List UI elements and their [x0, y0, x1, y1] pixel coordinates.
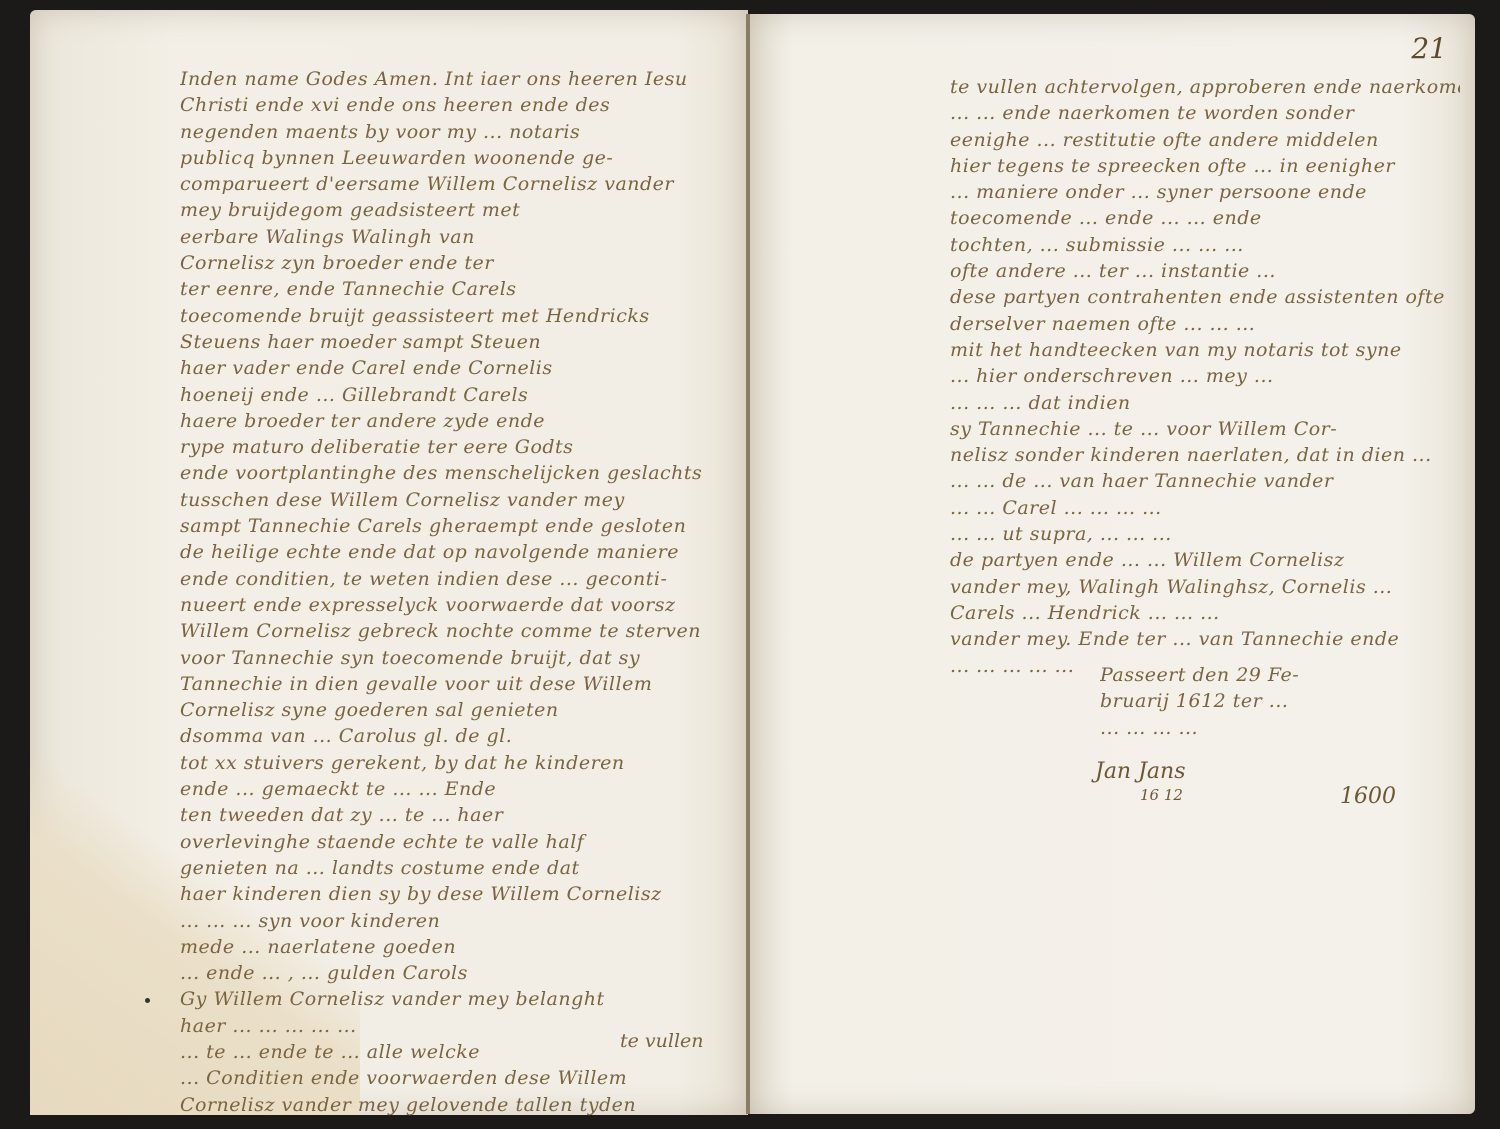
manuscript-line: tusschen dese Willem Cornelisz vander me…	[180, 487, 740, 513]
manuscript-line: mey bruijdegom geadsisteert met	[180, 197, 740, 223]
manuscript-line: de heilige echte ende dat op navolgende …	[180, 539, 740, 565]
manuscript-line: Cornelisz vander mey gelovende tallen ty…	[180, 1092, 740, 1118]
ink-dot	[145, 998, 150, 1003]
manuscript-line: ... ... ... ...	[1100, 715, 1500, 741]
manuscript-line: tochten, ... submissie ... ... ...	[950, 232, 1460, 258]
manuscript-line: haere broeder ter andere zyde ende	[180, 408, 740, 434]
manuscript-line: ten tweeden dat zy ... te ... haer	[180, 802, 740, 828]
manuscript-line: ... ... ende naerkomen te worden sonder	[950, 100, 1460, 126]
manuscript-line: Willem Cornelisz gebreck nochte comme te…	[180, 618, 740, 644]
manuscript-line: haer kinderen dien sy by dese Willem Cor…	[180, 881, 740, 907]
manuscript-line: eenighe ... restitutie ofte andere midde…	[950, 127, 1460, 153]
manuscript-line: eerbare Walings Walingh van	[180, 224, 740, 250]
manuscript-line: ende conditien, te weten indien dese ...…	[180, 566, 740, 592]
manuscript-line: toecomende bruijt geassisteert met Hendr…	[180, 303, 740, 329]
folio-number: 21	[1411, 32, 1447, 65]
manuscript-line: Christi ende xvi ende ons heeren ende de…	[180, 92, 740, 118]
manuscript-line: ... ... Carel ... ... ... ...	[950, 495, 1460, 521]
manuscript-line: vander mey, Walingh Walinghsz, Cornelis …	[950, 574, 1460, 600]
manuscript-line: sampt Tannechie Carels gheraempt ende ge…	[180, 513, 740, 539]
manuscript-line: dsomma van ... Carolus gl. de gl.	[180, 723, 740, 749]
manuscript-line: ... Conditien ende voorwaerden dese Will…	[180, 1065, 740, 1091]
manuscript-line: mit het handteecken van my notaris tot s…	[950, 337, 1460, 363]
manuscript-line: Steuens haer moeder sampt Steuen	[180, 329, 740, 355]
manuscript-line: Gy Willem Cornelisz vander mey belanght	[180, 986, 740, 1012]
manuscript-line: hoeneij ende ... Gillebrandt Carels	[180, 382, 740, 408]
signature-1-marks: 16 12	[1140, 786, 1183, 804]
manuscript-line: publicq bynnen Leeuwarden woonende ge-	[180, 145, 740, 171]
manuscript-line: dese partyen contrahenten ende assistent…	[950, 284, 1460, 310]
manuscript-line: comparueert d'eersame Willem Cornelisz v…	[180, 171, 740, 197]
manuscript-line: Passeert den 29 Fe-	[1100, 662, 1500, 688]
manuscript-line: ende ... gemaeckt te ... ... Ende	[180, 776, 740, 802]
manuscript-line: sy Tannechie ... te ... voor Willem Cor-	[950, 416, 1460, 442]
manuscript-line: Inden name Godes Amen. Int iaer ons heer…	[180, 66, 740, 92]
closing-text: Passeert den 29 Fe-bruarij 1612 ter ....…	[1100, 662, 1500, 741]
manuscript-line: Tannechie in dien gevalle voor uit dese …	[180, 671, 740, 697]
manuscript-line: hier tegens te spreecken ofte ... in een…	[950, 153, 1460, 179]
right-page: 21 te vullen achtervolgen, approberen en…	[750, 14, 1475, 1114]
manuscript-line: ende voortplantinghe des menschelijcken …	[180, 460, 740, 486]
manuscript-line: ... ... ... dat indien	[950, 390, 1460, 416]
catchword: te vullen	[620, 1030, 704, 1052]
signature-2: 1600	[1340, 784, 1396, 809]
right-page-text: te vullen achtervolgen, approberen ende …	[950, 74, 1460, 679]
manuscript-line: ... hier onderschreven ... mey ...	[950, 363, 1460, 389]
manuscript-line: tot xx stuivers gerekent, by dat he kind…	[180, 750, 740, 776]
manuscript-line: Carels ... Hendrick ... ... ...	[950, 600, 1460, 626]
manuscript-line: derselver naemen ofte ... ... ...	[950, 311, 1460, 337]
manuscript-line: te vullen achtervolgen, approberen ende …	[950, 74, 1460, 100]
manuscript-line: nueert ende expresselyck voorwaerde dat …	[180, 592, 740, 618]
manuscript-line: vander mey. Ende ter ... van Tannechie e…	[950, 626, 1460, 652]
manuscript-line: Cornelisz zyn broeder ende ter	[180, 250, 740, 276]
manuscript-line: rype maturo deliberatie ter eere Godts	[180, 434, 740, 460]
manuscript-line: ofte andere ... ter ... instantie ...	[950, 258, 1460, 284]
manuscript-line: ... ... ... syn voor kinderen	[180, 908, 740, 934]
manuscript-line: ... ende ... , ... gulden Carols	[180, 960, 740, 986]
manuscript-line: ... ... de ... van haer Tannechie vander	[950, 468, 1460, 494]
signature-1: Jan Jans	[1095, 759, 1186, 784]
manuscript-line: genieten na ... landts costume ende dat	[180, 855, 740, 881]
left-page-text: Inden name Godes Amen. Int iaer ons heer…	[180, 66, 740, 1118]
manuscript-line: nelisz sonder kinderen naerlaten, dat in…	[950, 442, 1460, 468]
manuscript-line: toecomende ... ende ... ... ende	[950, 205, 1460, 231]
manuscript-line: voor Tannechie syn toecomende bruijt, da…	[180, 645, 740, 671]
left-page: Inden name Godes Amen. Int iaer ons heer…	[30, 10, 748, 1115]
manuscript-line: ter eenre, ende Tannechie Carels	[180, 276, 740, 302]
manuscript-line: Cornelisz syne goederen sal genieten	[180, 697, 740, 723]
manuscript-line: bruarij 1612 ter ...	[1100, 688, 1500, 714]
manuscript-line: mede ... naerlatene goeden	[180, 934, 740, 960]
manuscript-line: ... ... ut supra, ... ... ...	[950, 521, 1460, 547]
manuscript-line: haer vader ende Carel ende Cornelis	[180, 355, 740, 381]
manuscript-line: de partyen ende ... ... Willem Cornelisz	[950, 547, 1460, 573]
manuscript-line: negenden maents by voor my ... notaris	[180, 119, 740, 145]
manuscript-line: ... maniere onder ... syner persoone end…	[950, 179, 1460, 205]
manuscript-line: overlevinghe staende echte te valle half	[180, 829, 740, 855]
